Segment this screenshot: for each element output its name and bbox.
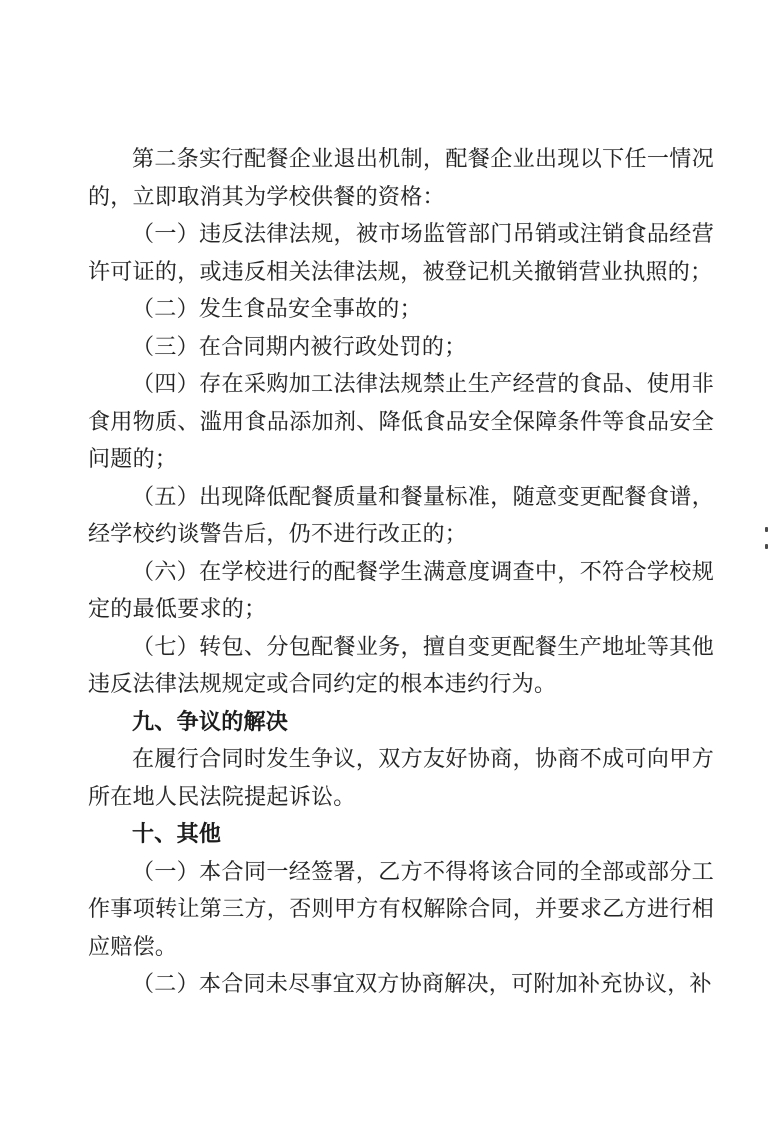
exit-clause-item-6: （六）在学校进行的配餐学生满意度调查中，不符合学校规定的最低要求的； (88, 553, 714, 628)
dispute-resolution-text: 在履行合同时发生争议，双方友好协商，协商不成可向甲方所在地人民法院提起诉讼。 (88, 740, 714, 815)
exit-clause-item-1: （一）违反法律法规，被市场监管部门吊销或注销食品经营许可证的，或违反相关法律法规… (88, 215, 714, 290)
others-item-2-partial: （二）本合同未尽事宜双方协商解决，可附加补充协议，补 (88, 965, 714, 1003)
others-item-1: （一）本合同一经签署，乙方不得将该合同的全部或部分工作事项转让第三方，否则甲方有… (88, 853, 714, 966)
exit-clause-item-2: （二）发生食品安全事故的； (88, 290, 714, 328)
clause-article2-intro: 第二条实行配餐企业退出机制，配餐企业出现以下任一情况的，立即取消其为学校供餐的资… (88, 140, 714, 215)
exit-clause-item-5: （五）出现降低配餐质量和餐量标准，随意变更配餐食谱，经学校约谈警告后，仍不进行改… (88, 478, 714, 553)
exit-clause-item-7: （七）转包、分包配餐业务，擅自变更配餐生产地址等其他违反法律法规规定或合同约定的… (88, 628, 714, 703)
contract-text-block: 第二条实行配餐企业退出机制，配餐企业出现以下任一情况的，立即取消其为学校供餐的资… (88, 140, 714, 1003)
section-heading-9-dispute-resolution: 九、争议的解决 (88, 703, 714, 741)
section-heading-10-others: 十、其他 (88, 815, 714, 853)
exit-clause-item-4: （四）存在采购加工法律法规禁止生产经营的食品、使用非食用物质、滥用食品添加剂、降… (88, 365, 714, 478)
exit-clause-item-3: （三）在合同期内被行政处罚的； (88, 328, 714, 366)
document-page: 第二条实行配餐企业退出机制，配餐企业出现以下任一情况的，立即取消其为学校供餐的资… (0, 0, 768, 1145)
